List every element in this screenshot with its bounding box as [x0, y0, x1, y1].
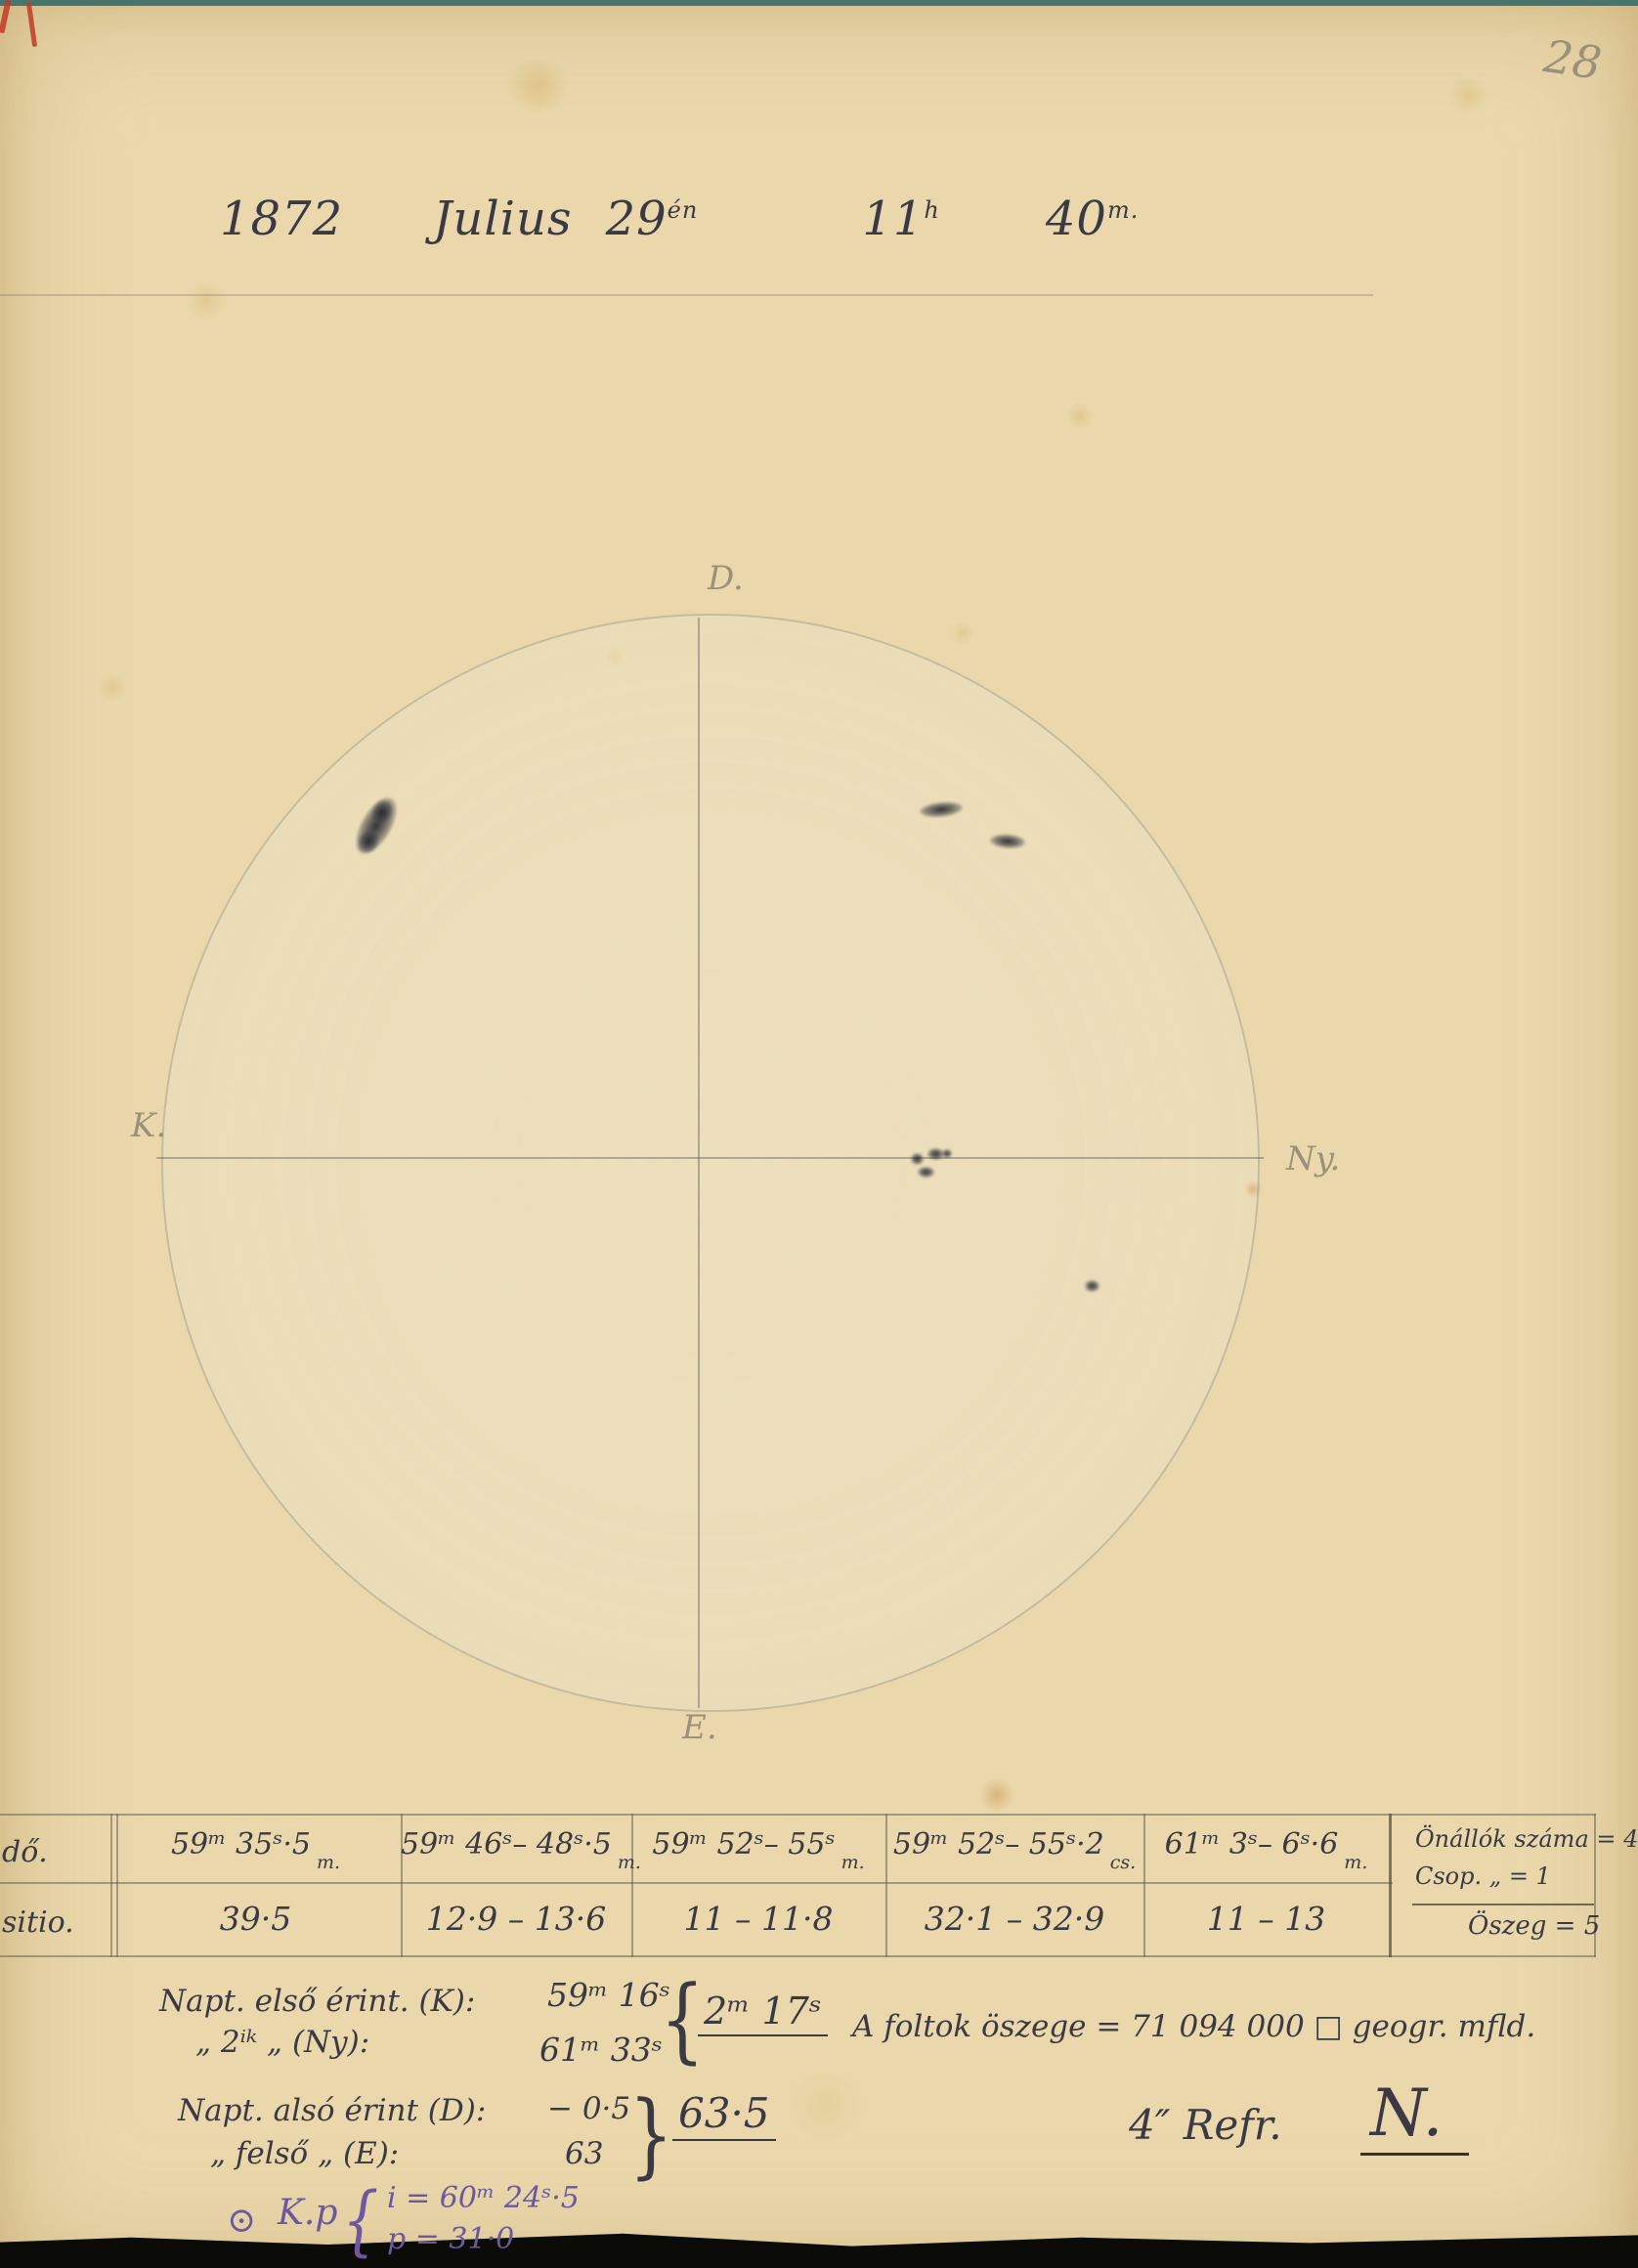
table-cell: 11 – 13: [1143, 1900, 1389, 1938]
stain: [184, 281, 229, 321]
book-edge-top: [0, 0, 1638, 6]
table-cell: 61ᵐ 3ˢ– 6ˢ·6m.: [1143, 1827, 1389, 1861]
lower-contact-label: Napt. alsó érint (D):: [178, 2093, 486, 2128]
sum-brace: }: [629, 2081, 673, 2189]
direction-label-south: D.: [708, 559, 744, 598]
table-border: [0, 1814, 1596, 1816]
title-underline: [0, 294, 1373, 296]
stain: [950, 621, 975, 645]
upper-contact-label: „ felső „ (E):: [210, 2136, 399, 2171]
red-mark: [26, 2, 37, 47]
row-label-positio: sitio.: [2, 1905, 74, 1940]
title-year: 1872: [220, 192, 343, 246]
table-cell: 11 – 11·8: [631, 1900, 885, 1938]
title-month: Julius: [433, 192, 572, 246]
unit: m.: [841, 1852, 865, 1873]
table-border: [0, 1955, 1596, 1957]
page-number: 28: [1541, 29, 1605, 90]
upper-contact-value: 63: [565, 2136, 603, 2171]
observer-signature: N.: [1360, 2075, 1469, 2156]
solar-disk: [161, 614, 1260, 1712]
disk-vertical-axis: [698, 618, 700, 1708]
second-contact-label: „ 2ⁱᵏ „ (Ny):: [195, 2025, 369, 2060]
stain: [96, 672, 129, 702]
stain: [1065, 403, 1095, 430]
table-cell: 12·9 – 13·6: [401, 1900, 631, 1938]
title-day-suffix: én: [668, 196, 699, 224]
unit: m.: [1344, 1852, 1367, 1873]
spot-area-note: A foltok öszege = 71 094 000 □ geogr. mf…: [852, 2009, 1535, 2044]
title-hour: 11: [862, 192, 924, 246]
table-cell: 59ᵐ 52ˢ– 55ˢ·2cs.: [885, 1827, 1143, 1861]
kp-position: p = 31·0: [387, 2222, 514, 2256]
kp-inclination: i = 60ᵐ 24ˢ·5: [387, 2181, 580, 2215]
table-cell: 59ᵐ 35ˢ·5m.: [110, 1827, 401, 1861]
kp-brace: {: [342, 2177, 378, 2265]
direction-label-west: Ny.: [1286, 1139, 1340, 1178]
stain: [1446, 76, 1489, 115]
unit: cs.: [1110, 1852, 1136, 1873]
journal-page: 28 1872Julius29én11h40m. D. K. Ny. E. dő…: [0, 0, 1638, 2268]
title-minute-suffix: m.: [1107, 196, 1139, 224]
kp-label: K.p: [278, 2193, 337, 2233]
unit: m.: [317, 1852, 340, 1873]
lower-contact-value: − 0·5: [547, 2091, 630, 2126]
sunspot: [1085, 1280, 1099, 1292]
table-border: [1389, 1814, 1392, 1957]
summary-total: Öszeg = 5: [1468, 1911, 1600, 1941]
title-minute: 40: [1046, 192, 1107, 246]
contact-sum: 63·5: [672, 2089, 776, 2141]
table-cell: 59ᵐ 52ˢ– 55ˢm.: [631, 1827, 885, 1861]
stain: [772, 2072, 880, 2140]
title: 1872Julius29én11h40m.: [220, 192, 1139, 246]
stain: [503, 59, 572, 113]
second-contact-value: 61ᵐ 33ˢ: [539, 2031, 663, 2069]
contact-difference: 2ᵐ 17ˢ: [698, 1990, 828, 2036]
table-border: [0, 1882, 1393, 1884]
sunspot: [942, 1149, 952, 1158]
direction-label-east: K.: [131, 1106, 166, 1145]
summary-group-count: Csop. „ = 1: [1415, 1862, 1551, 1890]
stain: [977, 1778, 1016, 1812]
sunspot: [911, 1153, 924, 1165]
summary-divider: [1412, 1904, 1594, 1905]
disk-horizontal-axis: [156, 1157, 1264, 1159]
summary-independent-count: Önállók száma = 4: [1415, 1825, 1638, 1853]
first-contact-value: 59ᵐ 16ˢ: [547, 1976, 670, 2014]
row-label-time: dő.: [2, 1835, 48, 1869]
title-hour-suffix: h: [924, 196, 939, 224]
sunspot: [918, 1167, 934, 1177]
table-cell: 59ᵐ 46ˢ– 48ˢ·5m.: [401, 1827, 631, 1861]
table-cell: 32·1 – 32·9: [885, 1900, 1143, 1938]
sun-symbol-icon: ⊙: [227, 2201, 256, 2241]
sunspot: [927, 1148, 944, 1160]
table-cell: 39·5: [110, 1900, 401, 1938]
title-day: 29: [606, 192, 668, 246]
first-contact-label: Napt. első érint. (K):: [159, 1984, 475, 2019]
instrument-note: 4″ Refr.: [1129, 2101, 1282, 2149]
direction-label-north: E.: [682, 1708, 717, 1747]
